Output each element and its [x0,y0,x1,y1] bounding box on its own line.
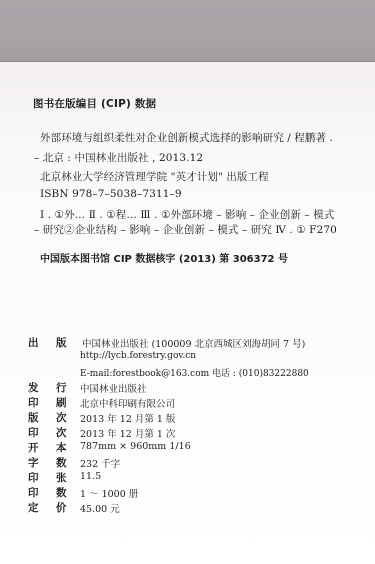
info-label: 版 [56,335,67,350]
info-row-contact: E-mail:forestbook@163.com 电话 : (010)8322… [28,365,368,380]
info-row-sheets: 印 张 11.5 [28,470,368,485]
info-row-printing: 印 次 2013 年 12 月第 1 次 [28,425,368,440]
info-label: 数 [56,485,67,500]
info-value: 232 千字 [80,456,120,470]
info-value: 2013 年 12 月第 1 次 [80,426,175,440]
info-row-printer: 印 刷 北京中科印刷有限公司 [28,395,368,410]
info-label: 数 [56,455,67,470]
info-row-price: 定 价 45.00 元 [28,500,368,515]
info-label: 次 [56,410,67,425]
info-value: 787mm × 960mm 1/16 [80,441,191,452]
info-label: 出 [28,335,39,350]
info-row-edition: 版 次 2013 年 12 月第 1 版 [28,410,368,425]
info-label: 印 [28,470,39,485]
publication-info: 出 版 中国林业出版社 (100009 北京西城区刘海胡同 7 号) http:… [28,335,368,515]
info-label: 定 [28,500,39,515]
info-row-format: 开 本 787mm × 960mm 1/16 [28,440,368,455]
info-row-word-count: 字 数 232 千字 [28,455,368,470]
cip-title-line: 外部环境与组织柔性对企业创新模式选择的影响研究 / 程鹏著 . [40,130,333,145]
info-label: 本 [56,440,67,455]
info-label: 张 [56,470,67,485]
info-row-print-run: 印 数 1 ～ 1000 册 [28,485,368,500]
info-label: 开 [28,440,39,455]
info-row-distribution: 发 行 中国林业出版社 [28,380,368,395]
info-label: 刷 [56,395,67,410]
info-value: 45.00 元 [80,501,120,515]
info-label: 价 [56,500,67,515]
info-label: 印 [28,395,39,410]
info-value: 11.5 [80,471,101,482]
info-label: 发 [28,380,39,395]
cip-series-line: 北京林业大学经济管理学院 "英才计划" 出版工程 [40,169,269,184]
publisher-name: 中国林业出版社 (100009 北京西城区刘海胡同 7 号) [82,336,305,350]
cip-record-number: 中国版本图书馆 CIP 数据核字 (2013) 第 306372 号 [40,250,288,265]
info-label: 版 [28,410,39,425]
info-label: 字 [28,455,39,470]
info-value: 2013 年 12 月第 1 版 [80,411,175,425]
cip-isbn-line: ISBN 978–7–5038–7311–9 [40,188,182,200]
publisher-contact: E-mail:forestbook@163.com 电话 : (010)8322… [80,366,309,379]
info-row-website: http://lycb.forestry.gov.cn [28,350,368,365]
info-label: 次 [56,425,67,440]
info-row-publisher: 出 版 中国林业出版社 (100009 北京西城区刘海胡同 7 号) [28,335,368,350]
cip-subject-line-2: – 研究②企业结构 – 影响 – 企业创新 – 模式 – 研究 Ⅳ . ① F2… [34,222,337,237]
info-value: 北京中科印刷有限公司 [80,396,175,410]
info-label: 印 [28,485,39,500]
scan-background-band [0,0,375,62]
cip-subject-line-1: Ⅰ . ①外… Ⅱ . ①程… Ⅲ . ①外部环境 – 影响 – 企业创新 – … [40,207,334,222]
cip-heading: 图书在版编目 (CIP) 数据 [33,96,156,111]
info-label: 行 [56,380,67,395]
info-value: 1 ～ 1000 册 [80,486,138,500]
publisher-website: http://lycb.forestry.gov.cn [80,351,196,361]
info-label: 印 [28,425,39,440]
cip-publisher-line: – 北京 : 中国林业出版社 , 2013.12 [34,150,203,165]
info-value: 中国林业出版社 [80,381,147,395]
